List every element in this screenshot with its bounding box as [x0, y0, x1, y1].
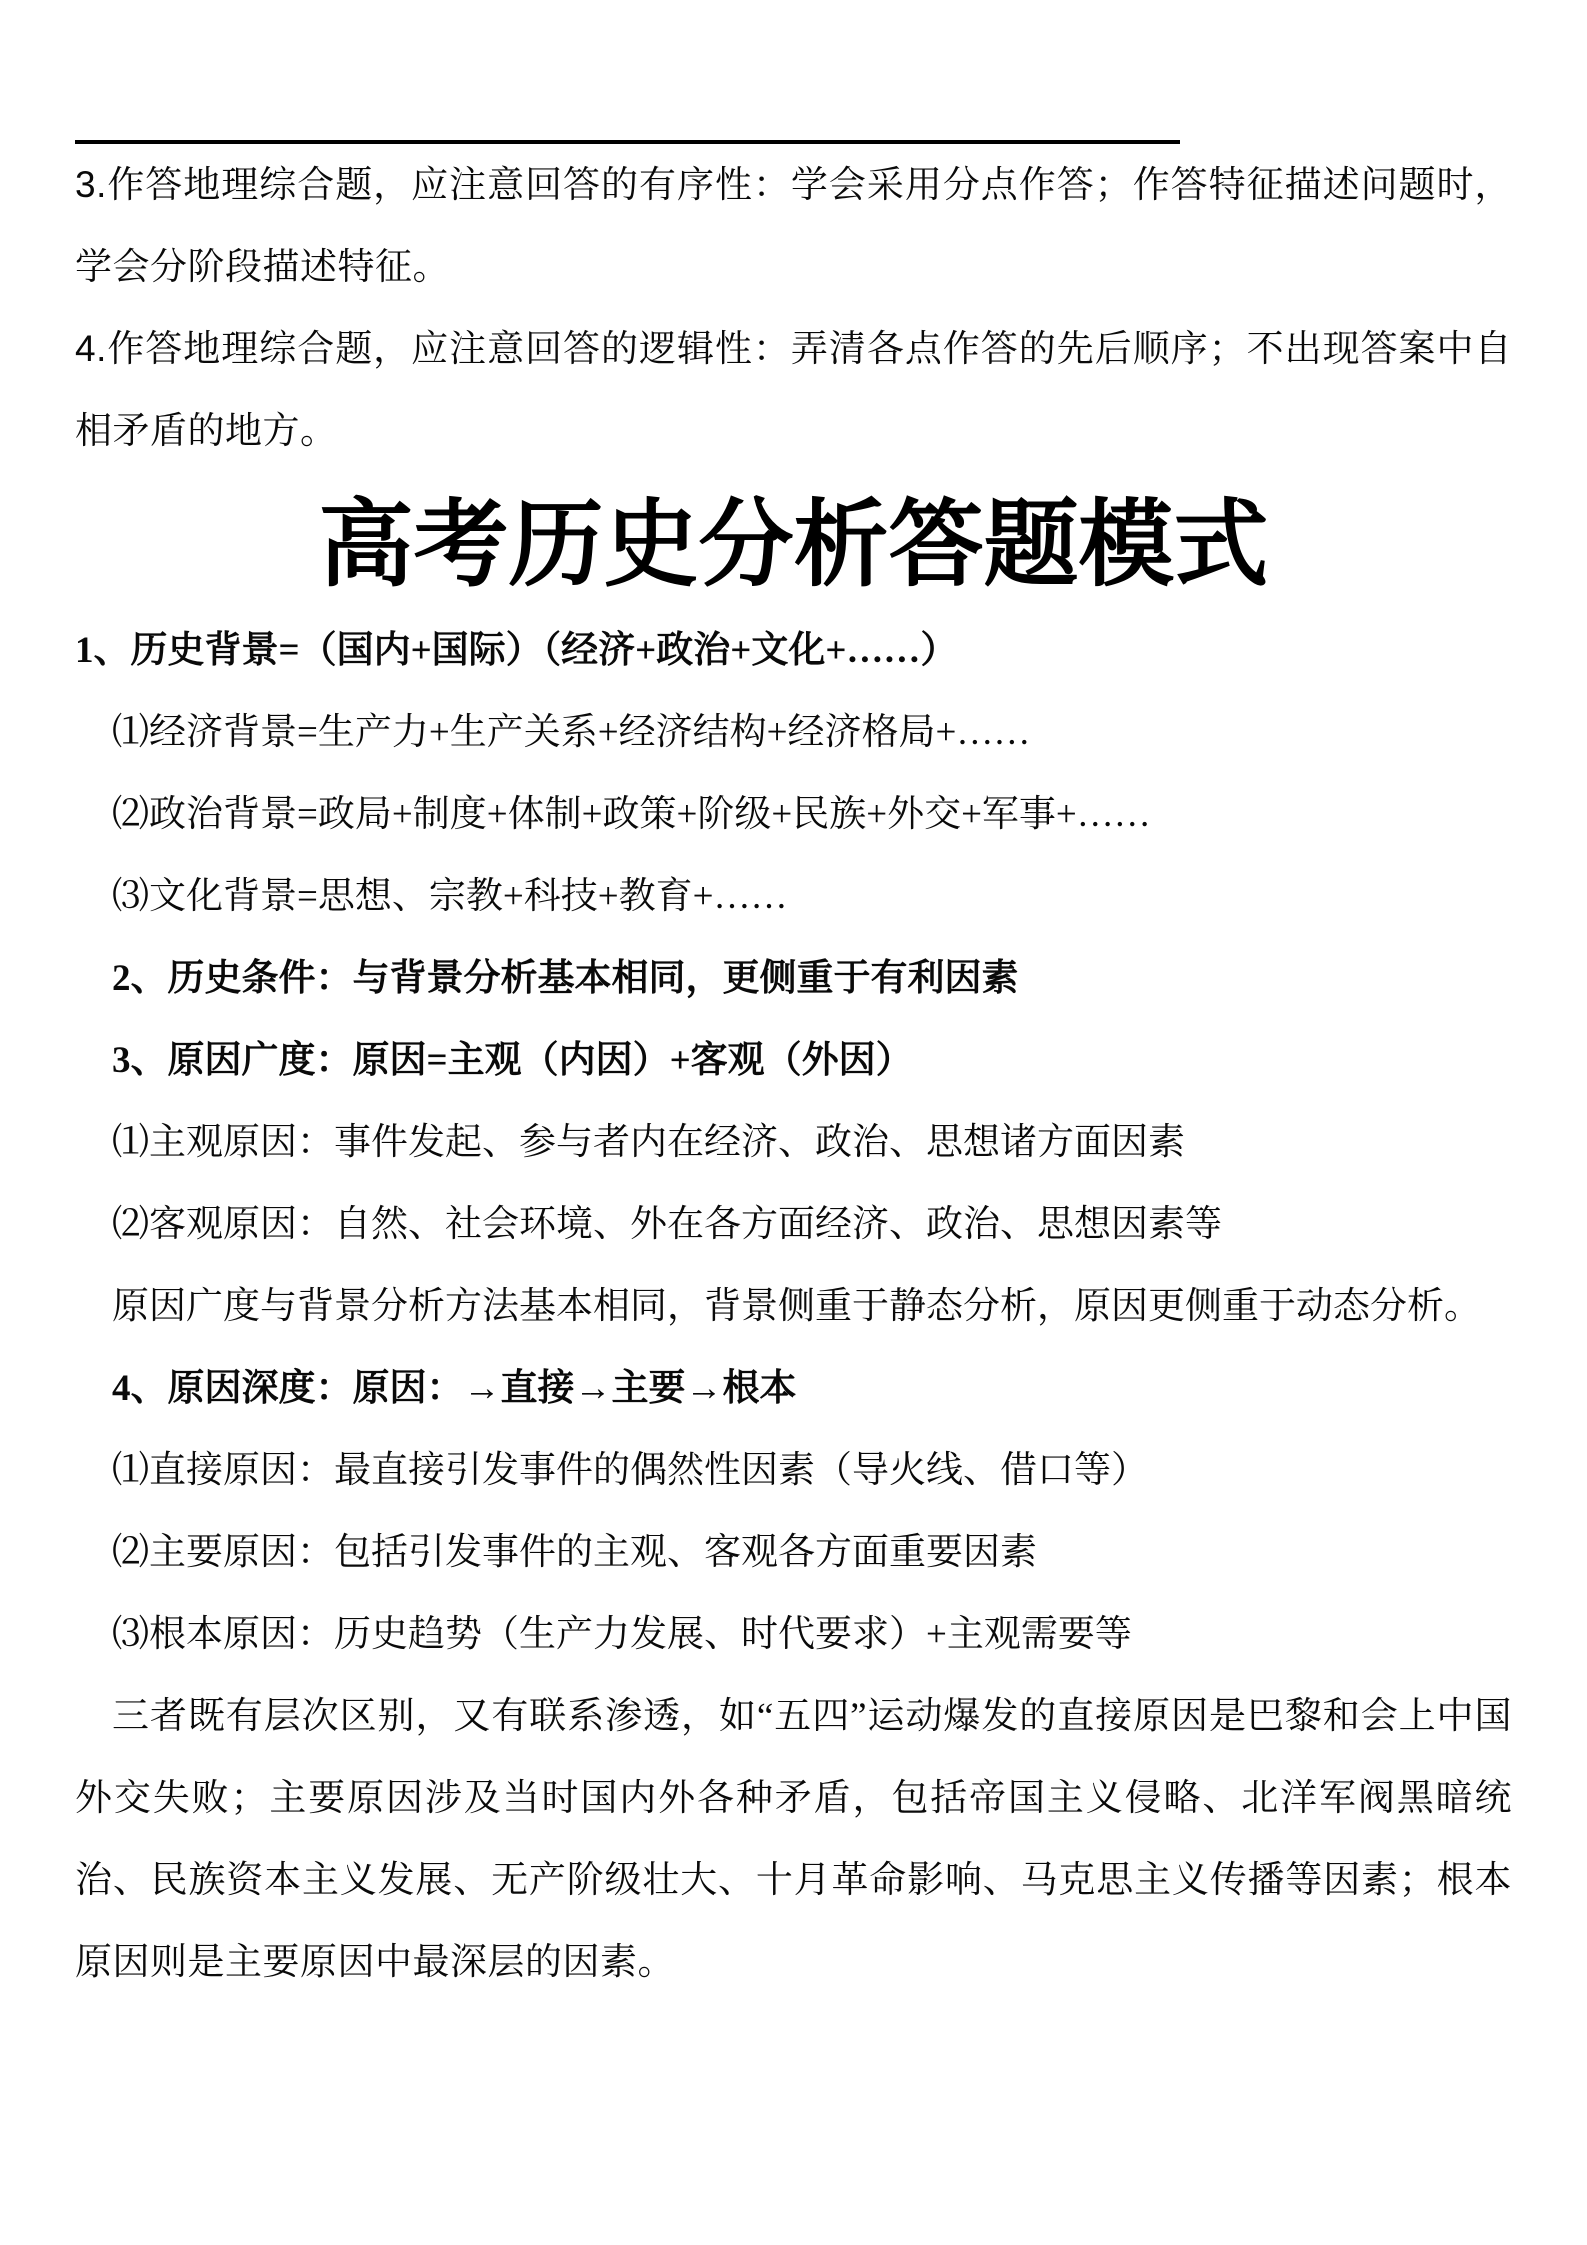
sub-item-4-3: ⑶根本原因：历史趋势（生产力发展、时代要求）+主观需要等	[75, 1594, 1512, 1676]
sub-item-4-2: ⑵主要原因：包括引发事件的主观、客观各方面重要因素	[75, 1512, 1512, 1594]
sub-item-1-3: ⑶文化背景=思想、宗教+科技+教育+……	[75, 856, 1512, 938]
section-heading-1: 1、历史背景=（国内+国际）（经济+政治+文化+……）	[75, 610, 1512, 692]
sub-item-3-2: ⑵客观原因：自然、社会环境、外在各方面经济、政治、思想因素等	[75, 1184, 1512, 1266]
sub-item-3-1: ⑴主观原因：事件发起、参与者内在经济、政治、思想诸方面因素	[75, 1102, 1512, 1184]
section-heading-2: 2、历史条件：与背景分析基本相同，更侧重于有利因素	[75, 938, 1512, 1020]
intro-paragraph-3: 3.作答地理综合题，应注意回答的有序性：学会采用分点作答；作答特征描述问题时，学…	[75, 144, 1512, 308]
document-page: 3.作答地理综合题，应注意回答的有序性：学会采用分点作答；作答特征描述问题时，学…	[0, 0, 1587, 2245]
sub-item-1-2: ⑵政治背景=政局+制度+体制+政策+阶级+民族+外交+军事+……	[75, 774, 1512, 856]
section-3-note: 原因广度与背景分析方法基本相同，背景侧重于静态分析，原因更侧重于动态分析。	[75, 1266, 1512, 1348]
outline-body: 1、历史背景=（国内+国际）（经济+政治+文化+……） ⑴经济背景=生产力+生产…	[75, 610, 1512, 2004]
page-title: 高考历史分析答题模式	[75, 480, 1512, 610]
sub-item-4-1: ⑴直接原因：最直接引发事件的偶然性因素（导火线、借口等）	[75, 1430, 1512, 1512]
section-heading-3: 3、原因广度：原因=主观（内因）+客观（外因）	[75, 1020, 1512, 1102]
section-heading-4: 4、原因深度：原因：→直接→主要→根本	[75, 1348, 1512, 1430]
sub-item-1-1: ⑴经济背景=生产力+生产关系+经济结构+经济格局+……	[75, 692, 1512, 774]
closing-paragraph: 三者既有层次区别，又有联系渗透，如“五四”运动爆发的直接原因是巴黎和会上中国外交…	[75, 1676, 1512, 2004]
intro-paragraph-4: 4.作答地理综合题，应注意回答的逻辑性：弄清各点作答的先后顺序；不出现答案中自相…	[75, 308, 1512, 472]
